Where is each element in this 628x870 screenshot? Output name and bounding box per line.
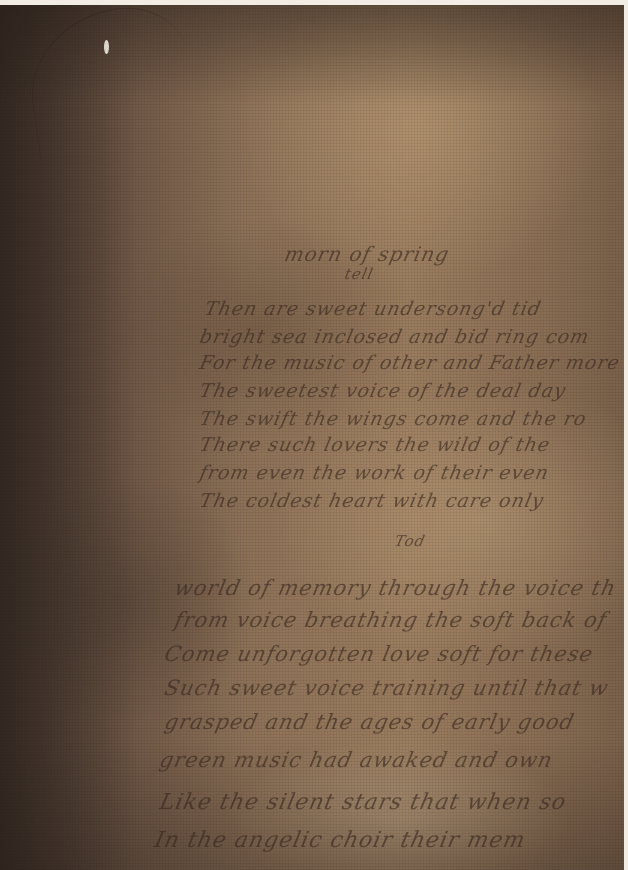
handwriting-line: In the angelic choir their mem	[152, 828, 528, 853]
handwriting-heading: Tod	[393, 532, 427, 550]
handwriting-line: There such lovers the wild of the	[198, 434, 553, 456]
paper-top-edge	[0, 0, 628, 5]
light-glint	[104, 40, 109, 54]
handwriting-line: world of memory through the voice th	[172, 576, 618, 600]
handwriting-line: bright sea inclosed and bid ring com	[198, 326, 592, 348]
handwriting-line: grasped and the ages of early good	[162, 710, 576, 734]
handwriting-line: The coldest heart with care only	[198, 490, 547, 512]
handwriting-line: Like the silent stars that when so	[157, 790, 568, 815]
handwriting-line: The sweetest voice of the deal day	[198, 380, 569, 402]
handwriting-subheading: tell	[343, 265, 375, 283]
handwriting-line: The swift the wings come and the ro	[198, 408, 589, 430]
handwriting-line: Then are sweet undersong'd tid	[203, 298, 544, 320]
handwriting-line: For the music of other and Father more	[198, 352, 623, 374]
aged-paper-background: morn of spring tell Then are sweet under…	[0, 0, 628, 870]
handwriting-heading: morn of spring	[282, 242, 451, 266]
handwriting-line: from even the work of their even	[198, 462, 552, 484]
handwriting-line: Come unforgotten love soft for these	[162, 642, 595, 666]
handwriting-line: from voice breathing the soft back of	[172, 608, 609, 632]
handwriting-line: green music had awaked and own	[157, 748, 555, 772]
paper-right-edge	[624, 0, 628, 870]
handwriting-line: Such sweet voice training until that w	[162, 676, 611, 700]
